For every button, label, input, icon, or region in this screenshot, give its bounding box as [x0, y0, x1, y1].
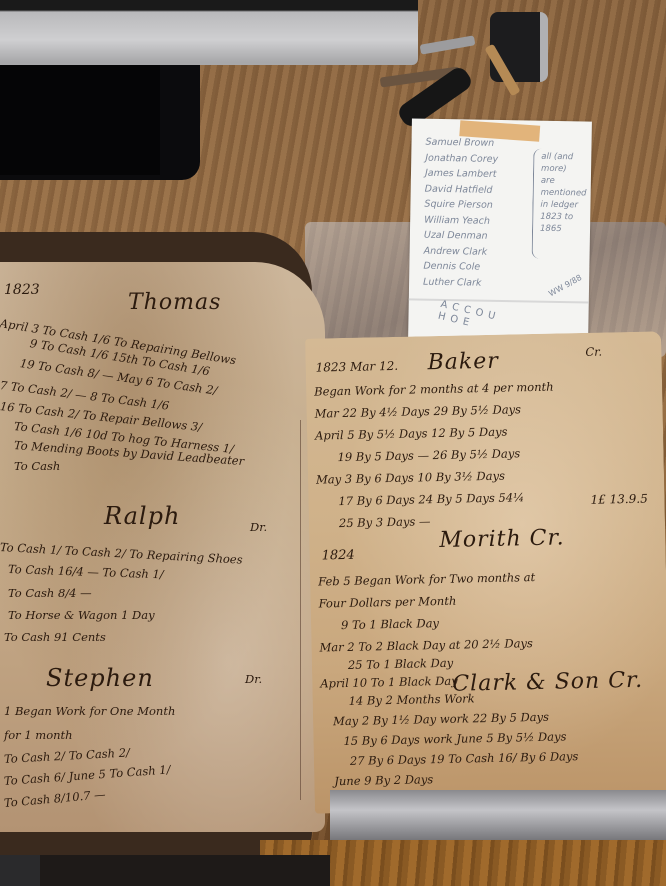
brace-line: in ledger	[540, 199, 582, 212]
ledger-entry: To Cash 16/4 — To Cash 1/	[8, 562, 164, 581]
debit-mark: Dr.	[245, 672, 262, 686]
ledger-entry: April 10 To 1 Black Day	[320, 674, 458, 691]
ledger-entry: April 5 By 5½ Days 12 By 5 Days	[315, 425, 508, 443]
handwritten-note: Samuel Brown Jonathan Corey James Lamber…	[408, 118, 592, 343]
note-names-list: Samuel Brown Jonathan Corey James Lamber…	[423, 135, 499, 291]
note-lower-text: ACCOU HOE	[437, 299, 502, 336]
ledger-entry: Mar 2 To 2 Black Day at 20 2½ Days	[319, 636, 533, 654]
page-margin-rule	[300, 420, 301, 800]
note-name: Luther Clark	[423, 274, 496, 291]
page-year: 1823	[4, 282, 40, 298]
monitor-bottom-bezel	[0, 0, 418, 65]
brace-line: more) are	[541, 163, 583, 188]
ledger-entry: 17 By 6 Days 24 By 5 Days 54¼	[338, 490, 524, 508]
account-heading-morith: Morith Cr.	[439, 525, 565, 553]
ledger-entry: for 1 month	[4, 728, 73, 742]
note-name: Uzal Denman	[424, 228, 497, 245]
brace-line: mentioned	[541, 187, 583, 200]
ledger-right-page: 1823 Mar 12. Baker Cr. Began Work for 2 …	[305, 331, 666, 813]
floor-shadow	[0, 855, 330, 886]
brace-line: 1823 to	[540, 211, 582, 224]
brace-line: all (and	[541, 151, 583, 164]
credit-mark: Cr.	[585, 345, 602, 359]
ledger-entry: Four Dollars per Month	[318, 594, 456, 611]
account-heading-baker: Baker	[427, 349, 499, 375]
ledger-entry: Feb 5 Began Work for Two months at	[318, 570, 535, 589]
ledger-entry: June 9 By 2 Days	[334, 772, 433, 788]
account-total: 1£ 13.9.5	[590, 492, 648, 507]
ledger-entry: 27 By 6 Days 19 To Cash 16/ By 6 Days	[350, 749, 579, 768]
ledger-entry: To Cash	[14, 459, 60, 473]
note-name: Samuel Brown	[425, 135, 498, 152]
ledger-entry: 9 To 1 Black Day	[341, 616, 439, 632]
ledger-entry: 15 By 6 Days work June 5 By 5½ Days	[343, 729, 566, 748]
brace-line: 1865	[540, 223, 582, 236]
ledger-entry: To Cash 8/10.7 —	[3, 787, 106, 810]
note-name: Jonathan Corey	[425, 150, 498, 167]
plastic-sheet-bottom	[330, 790, 666, 840]
torn-edge	[409, 298, 589, 303]
ledger-entry: Mar 22 By 4½ Days 29 By 5½ Days	[314, 402, 521, 420]
ledger-entry: To Cash 91 Cents	[4, 630, 106, 644]
ledger-entry: 1 Began Work for One Month	[4, 704, 175, 718]
note-name: Andrew Clark	[424, 243, 497, 260]
ledger-entry: To Cash 2/ To Cash 2/	[4, 745, 131, 766]
ledger-entry: 19 By 5 Days — 26 By 5½ Days	[337, 446, 520, 464]
note-name: Squire Pierson	[424, 197, 497, 214]
account-heading-thomas: Thomas	[128, 290, 221, 315]
account-heading-stephen: Stephen	[46, 664, 154, 692]
ledger-entry: May 2 By 1½ Day work 22 By 5 Days	[333, 710, 549, 729]
account-heading-clark: Clark & Son Cr.	[452, 668, 643, 697]
silver-key	[420, 35, 476, 54]
account-heading-ralph: Ralph	[104, 502, 180, 530]
ledger-entry: 25 By 3 Days —	[339, 514, 431, 530]
ledger-entry: May 3 By 6 Days 10 By 3½ Days	[316, 469, 505, 487]
ledger-entry: To Horse & Wagon 1 Day	[8, 608, 155, 622]
note-name: David Hatfield	[425, 181, 498, 198]
entry-year: 1824	[321, 548, 354, 564]
ledger-entry: To Cash 6/ June 5 To Cash 1/	[4, 762, 171, 788]
dark-corner	[0, 855, 40, 886]
ledger-left-page: 1823 Thomas April 3 To Cash 1/6 To Repai…	[0, 262, 325, 832]
ledger-entry: To Cash 8/4 —	[8, 586, 92, 600]
monitor-base-shadow	[0, 60, 160, 175]
note-name: James Lambert	[425, 166, 498, 183]
note-initials: WW 9/88	[547, 273, 583, 298]
ledger-entry: Began Work for 2 months at 4 per month	[314, 380, 554, 399]
note-name: Dennis Cole	[423, 259, 496, 276]
note-brace-text: all (and more) are mentioned in ledger 1…	[540, 151, 583, 236]
note-name: William Yeach	[424, 212, 497, 229]
entry-date: 1823 Mar 12.	[316, 359, 399, 375]
ledger-entry: 25 To 1 Black Day	[348, 656, 454, 672]
debit-mark: Dr.	[250, 520, 267, 534]
